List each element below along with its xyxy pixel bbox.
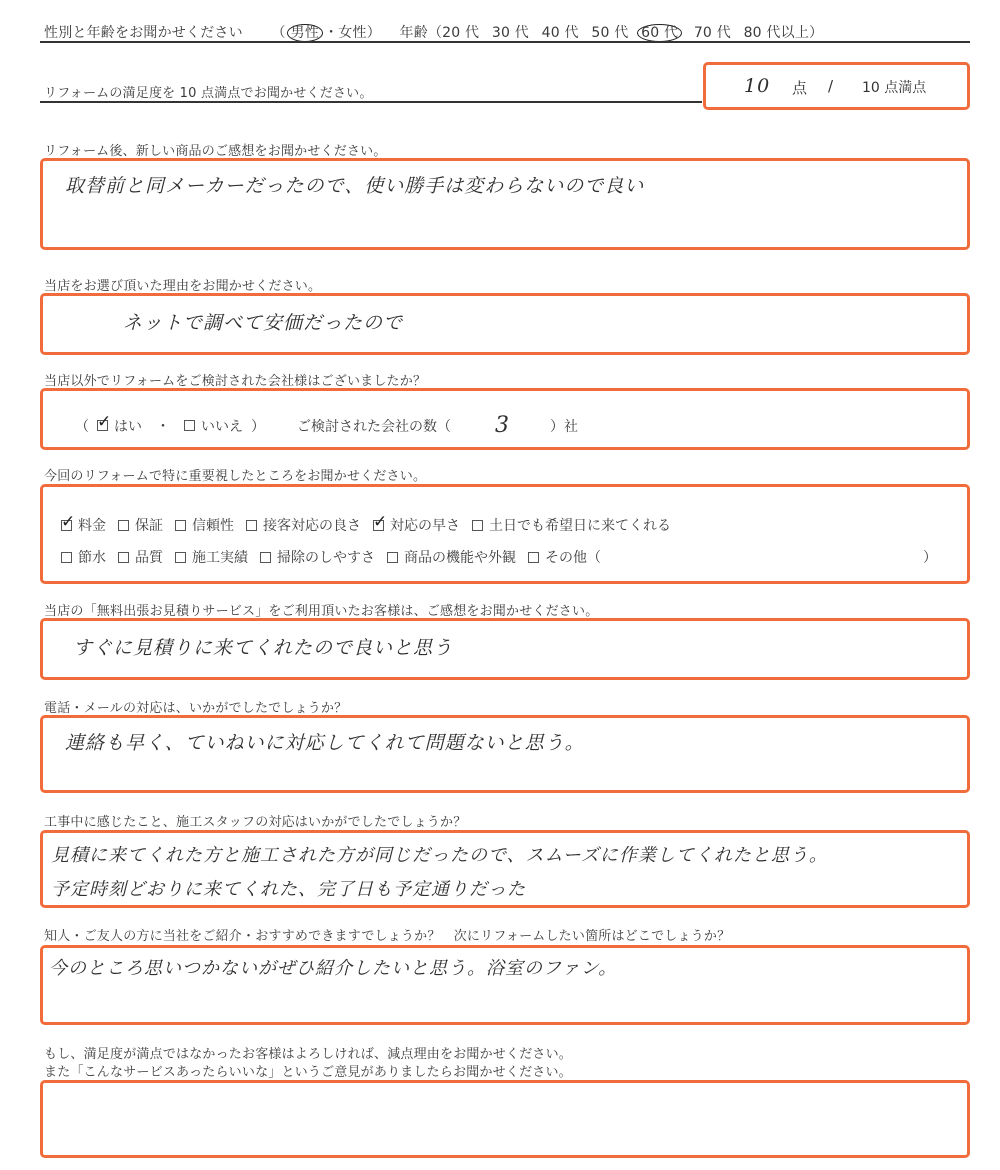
priority-track-record[interactable]: 施工実績 [175, 547, 248, 567]
new-product-answer[interactable]: 取替前と同メーカーだったので、使い勝手は変わらないので良い [65, 171, 644, 198]
separator-dot: ・ [156, 416, 170, 436]
other-companies-box: （ はい ・ いいえ ） ご検討された会社の数（ 3 ）社 [40, 388, 970, 450]
checkbox[interactable] [472, 520, 483, 531]
priority-response-speed[interactable]: 対応の早さ [373, 515, 460, 535]
checkbox[interactable] [373, 520, 384, 531]
reason-answer-box[interactable]: ネットで調べて安価だったので [40, 293, 970, 355]
priority-warranty[interactable]: 保証 [118, 515, 163, 535]
priority-quality[interactable]: 品質 [118, 547, 163, 567]
estimate-service-answer-box[interactable]: すぐに見積りに来てくれたので良いと思う [40, 618, 970, 680]
priority-easy-cleaning[interactable]: 掃除のしやすさ [260, 547, 375, 567]
improvement-answer-box[interactable] [40, 1080, 970, 1158]
staff-answer-line-2[interactable]: 予定時刻どおりに来てくれた、完了日も予定通りだった [51, 875, 526, 901]
priority-weekend-visit[interactable]: 土日でも希望日に来てくれる [472, 515, 671, 535]
other-companies-prompt: 当店以外でリフォームをご検討された会社様はございましたか？ [44, 370, 426, 389]
referral-answer-box[interactable]: 今のところ思いつかないがぜひ紹介したいと思う。浴室のファン。 [40, 945, 970, 1025]
satisfaction-score[interactable]: 10 [744, 75, 770, 97]
satisfaction-max: 10 点満点 [862, 77, 926, 97]
checkbox[interactable] [118, 520, 129, 531]
checkbox[interactable] [61, 520, 72, 531]
phone-mail-answer-box[interactable]: 連絡も早く、ていねいに対応してくれて問題ないと思う。 [40, 715, 970, 793]
staff-answer-line-1[interactable]: 見積に来てくれた方と施工された方が同じだったので、スムーズに作業してくれたと思う… [51, 841, 828, 867]
priority-reliability[interactable]: 信頼性 [175, 515, 234, 535]
close-paren: ） [251, 416, 265, 436]
checkbox[interactable] [175, 552, 186, 563]
satisfaction-prompt: リフォームの満足度を 10 点満点でお聞かせください。 [44, 82, 373, 101]
age-option-30[interactable]: 30 代 [492, 25, 529, 41]
checkbox[interactable] [387, 552, 398, 563]
phone-mail-prompt: 電話・メールの対応は、いかがでしたでしょうか？ [44, 697, 347, 716]
checkbox[interactable] [260, 552, 271, 563]
priority-other-close: ） [923, 547, 937, 567]
satisfaction-score-box[interactable]: 10 点 / 10 点満点 [703, 62, 970, 110]
header-divider [40, 41, 970, 43]
age-option-20[interactable]: 20 代 [442, 25, 479, 41]
referral-answer[interactable]: 今のところ思いつかないがぜひ紹介したいと思う。浴室のファン。 [49, 954, 617, 980]
company-count-label: ご検討された会社の数（ [297, 416, 451, 436]
reason-prompt: 当店をお選び頂いた理由をお聞かせください。 [44, 275, 321, 294]
age-option-60[interactable]: 60 代 [637, 24, 682, 42]
open-paren: （ [75, 416, 89, 436]
age-label: 年齢 [400, 25, 428, 41]
yes-label: はい [114, 416, 142, 436]
gender-option-female[interactable]: 女性 [338, 25, 366, 41]
company-count-suffix: ）社 [550, 416, 578, 436]
age-option-50[interactable]: 50 代 [591, 25, 628, 41]
new-product-answer-box[interactable]: 取替前と同メーカーだったので、使い勝手は変わらないので良い [40, 158, 970, 250]
checkbox[interactable] [528, 552, 539, 563]
checkbox[interactable] [118, 552, 129, 563]
improvement-prompt-line-2: また「こんなサービスあったらいいな」というご意見がありましたらお聞かせください。 [44, 1061, 572, 1080]
satisfaction-separator: / [828, 77, 833, 95]
no-label: いいえ [201, 416, 243, 436]
priority-water-saving[interactable]: 節水 [61, 547, 106, 567]
yes-checkbox[interactable] [97, 420, 108, 431]
priorities-box: 料金 保証 信頼性 接客対応の良さ 対応の早さ 土日でも希望日に来てくれる 節水… [40, 484, 970, 584]
gender-option-male[interactable]: 男性 [287, 24, 323, 42]
priority-price[interactable]: 料金 [61, 515, 106, 535]
referral-prompt: 知人・ご友人の方に当社をご紹介・おすすめできますでしょうか？ 次にリフォームした… [44, 925, 730, 944]
priority-customer-service[interactable]: 接客対応の良さ [246, 515, 361, 535]
priorities-prompt: 今回のリフォームで特に重要視したところをお聞かせください。 [44, 465, 426, 484]
age-option-40[interactable]: 40 代 [542, 25, 579, 41]
priority-other[interactable]: その他（ [528, 547, 601, 567]
gender-age-prompt: 性別と年齢をお聞かせください [44, 25, 243, 41]
improvement-prompt-line-1: もし、満足度が満点ではなかったお客様はよろしければ、減点理由をお聞かせください。 [44, 1043, 572, 1062]
checkbox[interactable] [246, 520, 257, 531]
estimate-service-answer[interactable]: すぐに見積りに来てくれたので良いと思う [73, 633, 453, 660]
age-option-70[interactable]: 70 代 [694, 25, 731, 41]
no-checkbox[interactable] [184, 420, 195, 431]
company-count-value[interactable]: 3 [495, 413, 510, 438]
age-option-80plus[interactable]: 80 代以上 [744, 25, 809, 41]
priorities-row-1: 料金 保証 信頼性 接客対応の良さ 対応の早さ 土日でも希望日に来てくれる [61, 515, 683, 535]
staff-prompt: 工事中に感じたこと、施工スタッフの対応はいかがでしたでしょうか？ [44, 811, 466, 830]
priority-function-appearance[interactable]: 商品の機能や外観 [387, 547, 516, 567]
staff-answer-box[interactable]: 見積に来てくれた方と施工された方が同じだったので、スムーズに作業してくれたと思う… [40, 830, 970, 908]
priorities-row-2: 節水 品質 施工実績 掃除のしやすさ 商品の機能や外観 その他（ [61, 547, 613, 567]
estimate-service-prompt: 当店の「無料出張お見積りサービス」をご利用頂いたお客様は、ご感想をお聞かせくださ… [44, 600, 598, 619]
reason-answer[interactable]: ネットで調べて安価だったので [123, 308, 403, 335]
phone-mail-answer[interactable]: 連絡も早く、ていねいに対応してくれて問題ないと思う。 [65, 728, 585, 755]
satisfaction-divider [40, 101, 702, 103]
checkbox[interactable] [175, 520, 186, 531]
satisfaction-unit: 点 [792, 77, 807, 98]
checkbox[interactable] [61, 552, 72, 563]
gender-age-row: 性別と年齢をお聞かせください （男性・女性） 年齢（20 代 30 代 40 代… [44, 22, 823, 42]
new-product-prompt: リフォーム後、新しい商品のご感想をお聞かせください。 [44, 140, 387, 159]
